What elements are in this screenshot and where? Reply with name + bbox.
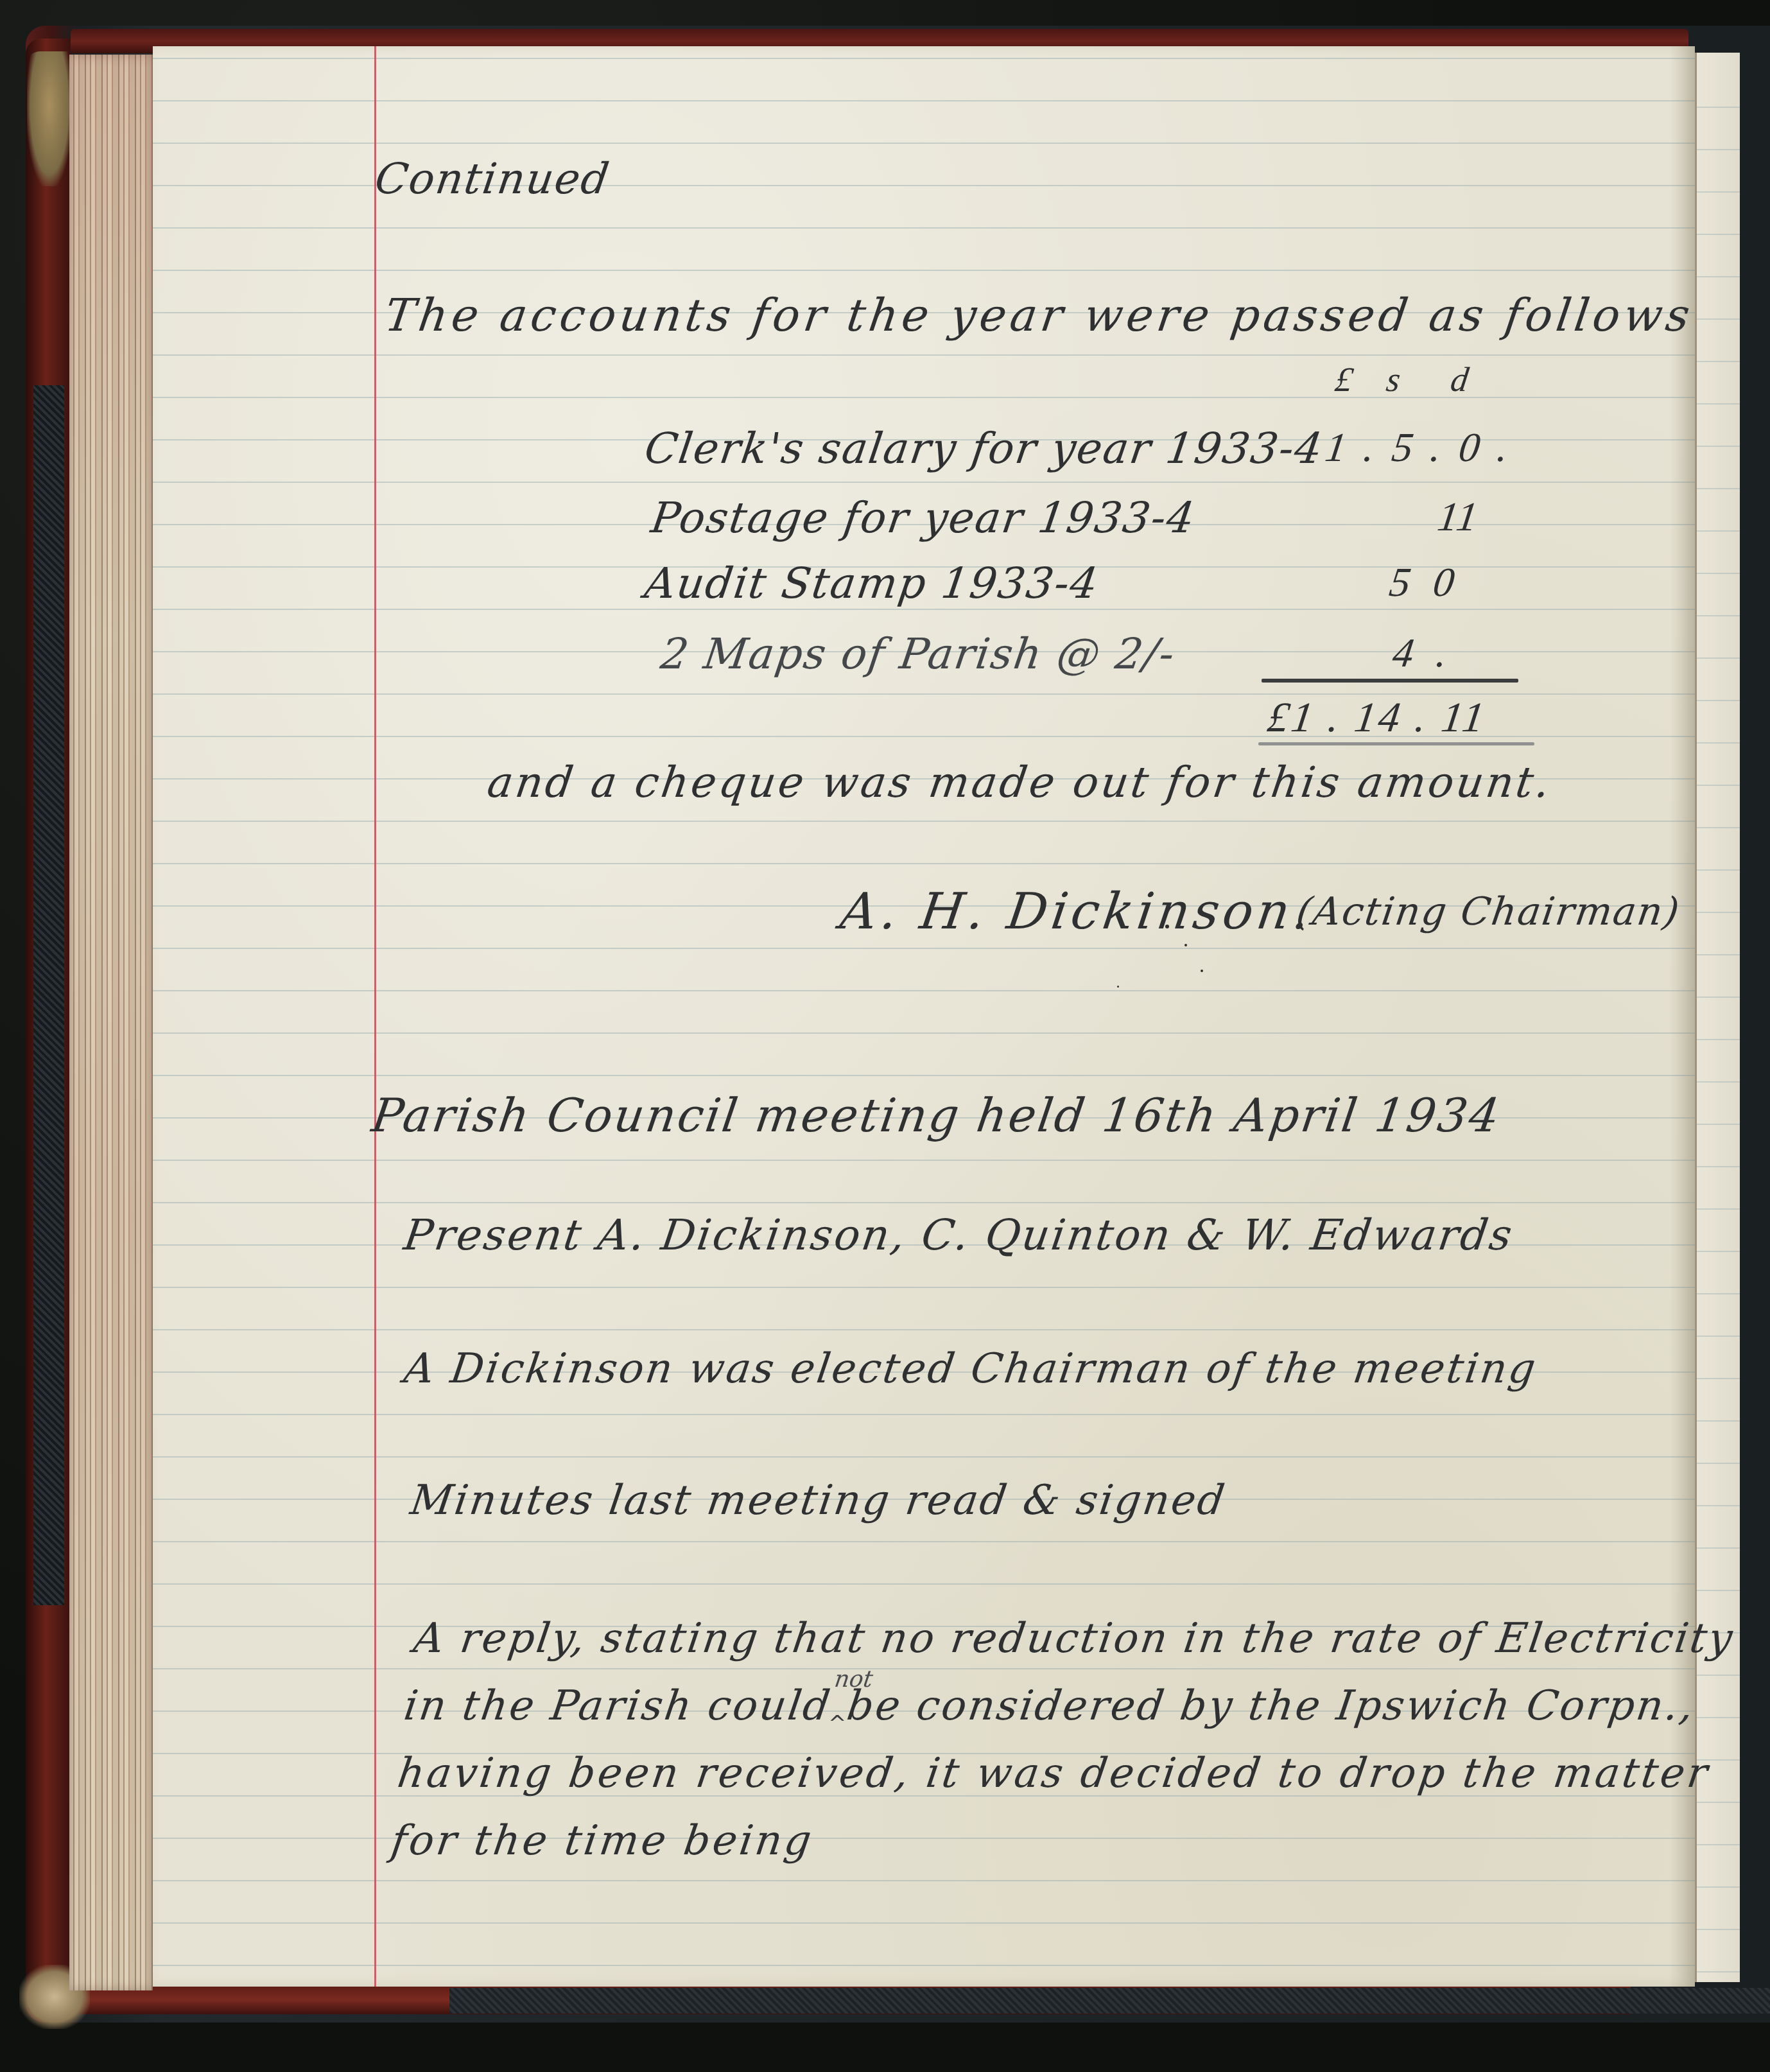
insertion-caret: ^: [828, 1711, 847, 1737]
total-rule: [1262, 679, 1518, 683]
account-amount: 5 0: [1387, 559, 1464, 606]
ink-blot: [1201, 970, 1203, 972]
paragraph-line: be considered by the Ipswich Corpn.,: [844, 1682, 1698, 1730]
paragraph-line: in the Parish could: [401, 1682, 835, 1730]
chairman-election: A Dickinson was elected Chairman of the …: [401, 1345, 1540, 1393]
red-margin-line: [374, 46, 376, 1987]
minutes-approval: Minutes last meeting read & signed: [408, 1477, 1229, 1524]
cover-cloth-panel: [33, 385, 64, 1605]
account-amount: 11: [1435, 493, 1482, 541]
attendees: Present A. Dickinson, C. Quinton & W. Ed…: [401, 1210, 1517, 1260]
account-item: Clerk's salary for year 1933-4: [642, 424, 1327, 473]
paragraph-line: having been received, it was decided to …: [395, 1750, 1713, 1797]
account-amount: 4 .: [1390, 629, 1457, 677]
account-item: Postage for year 1933-4: [648, 493, 1199, 543]
cover-bottom-cloth: [449, 1988, 1770, 2014]
paragraph-line: for the time being: [388, 1817, 817, 1865]
signature-name: A. H. Dickinson.: [837, 883, 1317, 941]
paragraph-line: A reply, stating that no reduction in th…: [411, 1615, 1737, 1662]
page-block-edges: [69, 55, 153, 1990]
cheque-note: and a cheque was made out for this amoun…: [485, 758, 1556, 807]
next-page-edge: [1695, 53, 1740, 1982]
total-double-rule: [1258, 742, 1534, 745]
ink-blot: [1184, 944, 1187, 946]
ink-blot: [1117, 986, 1119, 988]
ink-blot: [1165, 925, 1169, 928]
account-total: £1 . 14 . 11: [1265, 693, 1490, 742]
worn-corner-top: [27, 51, 72, 186]
account-item: Audit Stamp 1933-4: [642, 559, 1102, 608]
account-amount: 1 . 5 . 0 .: [1323, 424, 1515, 471]
accounts-intro: The accounts for the year were passed as…: [381, 289, 1697, 342]
meeting-heading: Parish Council meeting held 16th April 1…: [369, 1088, 1504, 1142]
signature-title: (Acting Chairman): [1294, 889, 1683, 934]
account-item: 2 Maps of Parish @ 2/-: [658, 629, 1179, 679]
heading-continued: Continued: [372, 154, 614, 204]
